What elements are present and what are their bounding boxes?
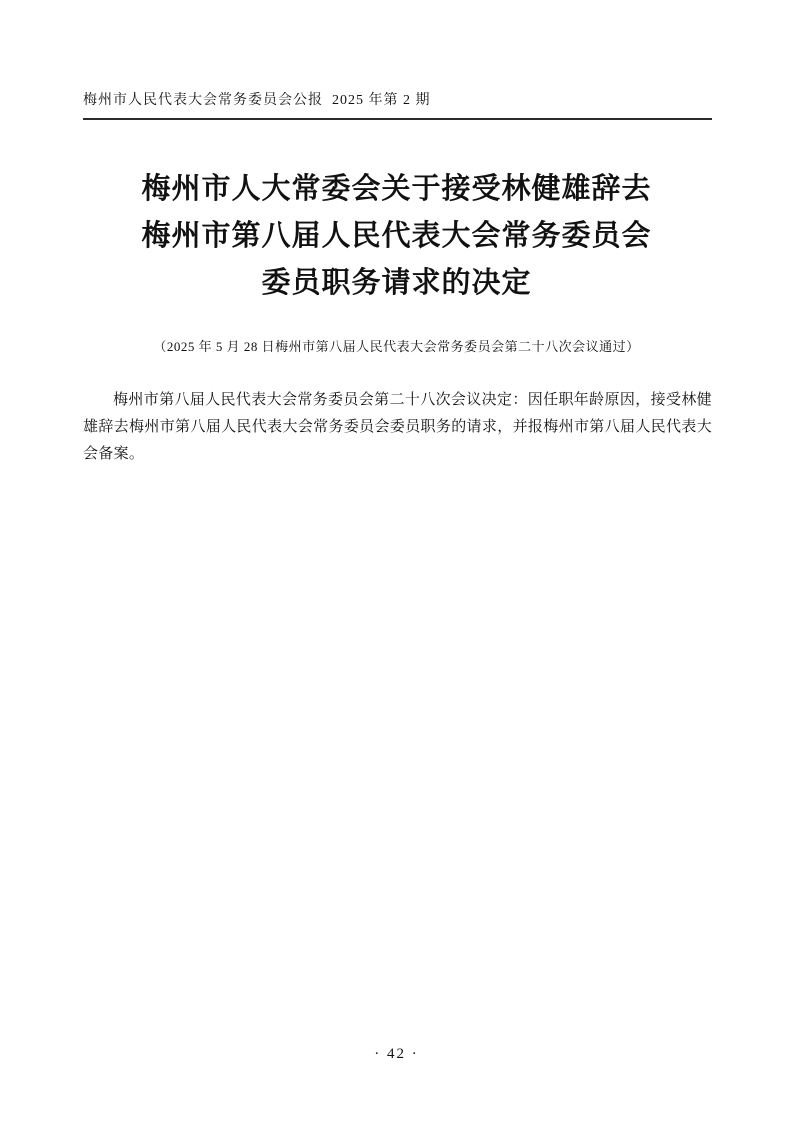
meeting-passage-note: （2025 年 5 月 28 日梅州市第八届人民代表大会常务委员会第二十八次会议… bbox=[60, 337, 733, 357]
document-content: 梅州市人大常委会关于接受林健雄辞去 梅州市第八届人民代表大会常务委员会 委员职务… bbox=[0, 166, 793, 468]
gazette-page: 梅州市人民代表大会常务委员会公报2025 年第 2 期 梅州市人大常委会关于接受… bbox=[0, 0, 793, 1122]
journal-title: 梅州市人民代表大会常务委员会公报 bbox=[83, 93, 323, 108]
document-title-line-2: 梅州市第八届人民代表大会常务委员会 bbox=[60, 213, 733, 260]
document-title: 梅州市人大常委会关于接受林健雄辞去 梅州市第八届人民代表大会常务委员会 委员职务… bbox=[60, 166, 733, 307]
document-title-line-3: 委员职务请求的决定 bbox=[60, 260, 733, 307]
page-number: · 42 · bbox=[374, 1046, 419, 1062]
decision-paragraph: 梅州市第八届人民代表大会常务委员会第二十八次会议决定：因任职年龄原因，接受林健雄… bbox=[83, 387, 712, 468]
page-footer: · 42 · bbox=[0, 1045, 793, 1063]
issue-info: 2025 年第 2 期 bbox=[332, 93, 431, 108]
page-header: 梅州市人民代表大会常务委员会公报2025 年第 2 期 bbox=[83, 90, 712, 120]
document-title-line-1: 梅州市人大常委会关于接受林健雄辞去 bbox=[60, 166, 733, 213]
